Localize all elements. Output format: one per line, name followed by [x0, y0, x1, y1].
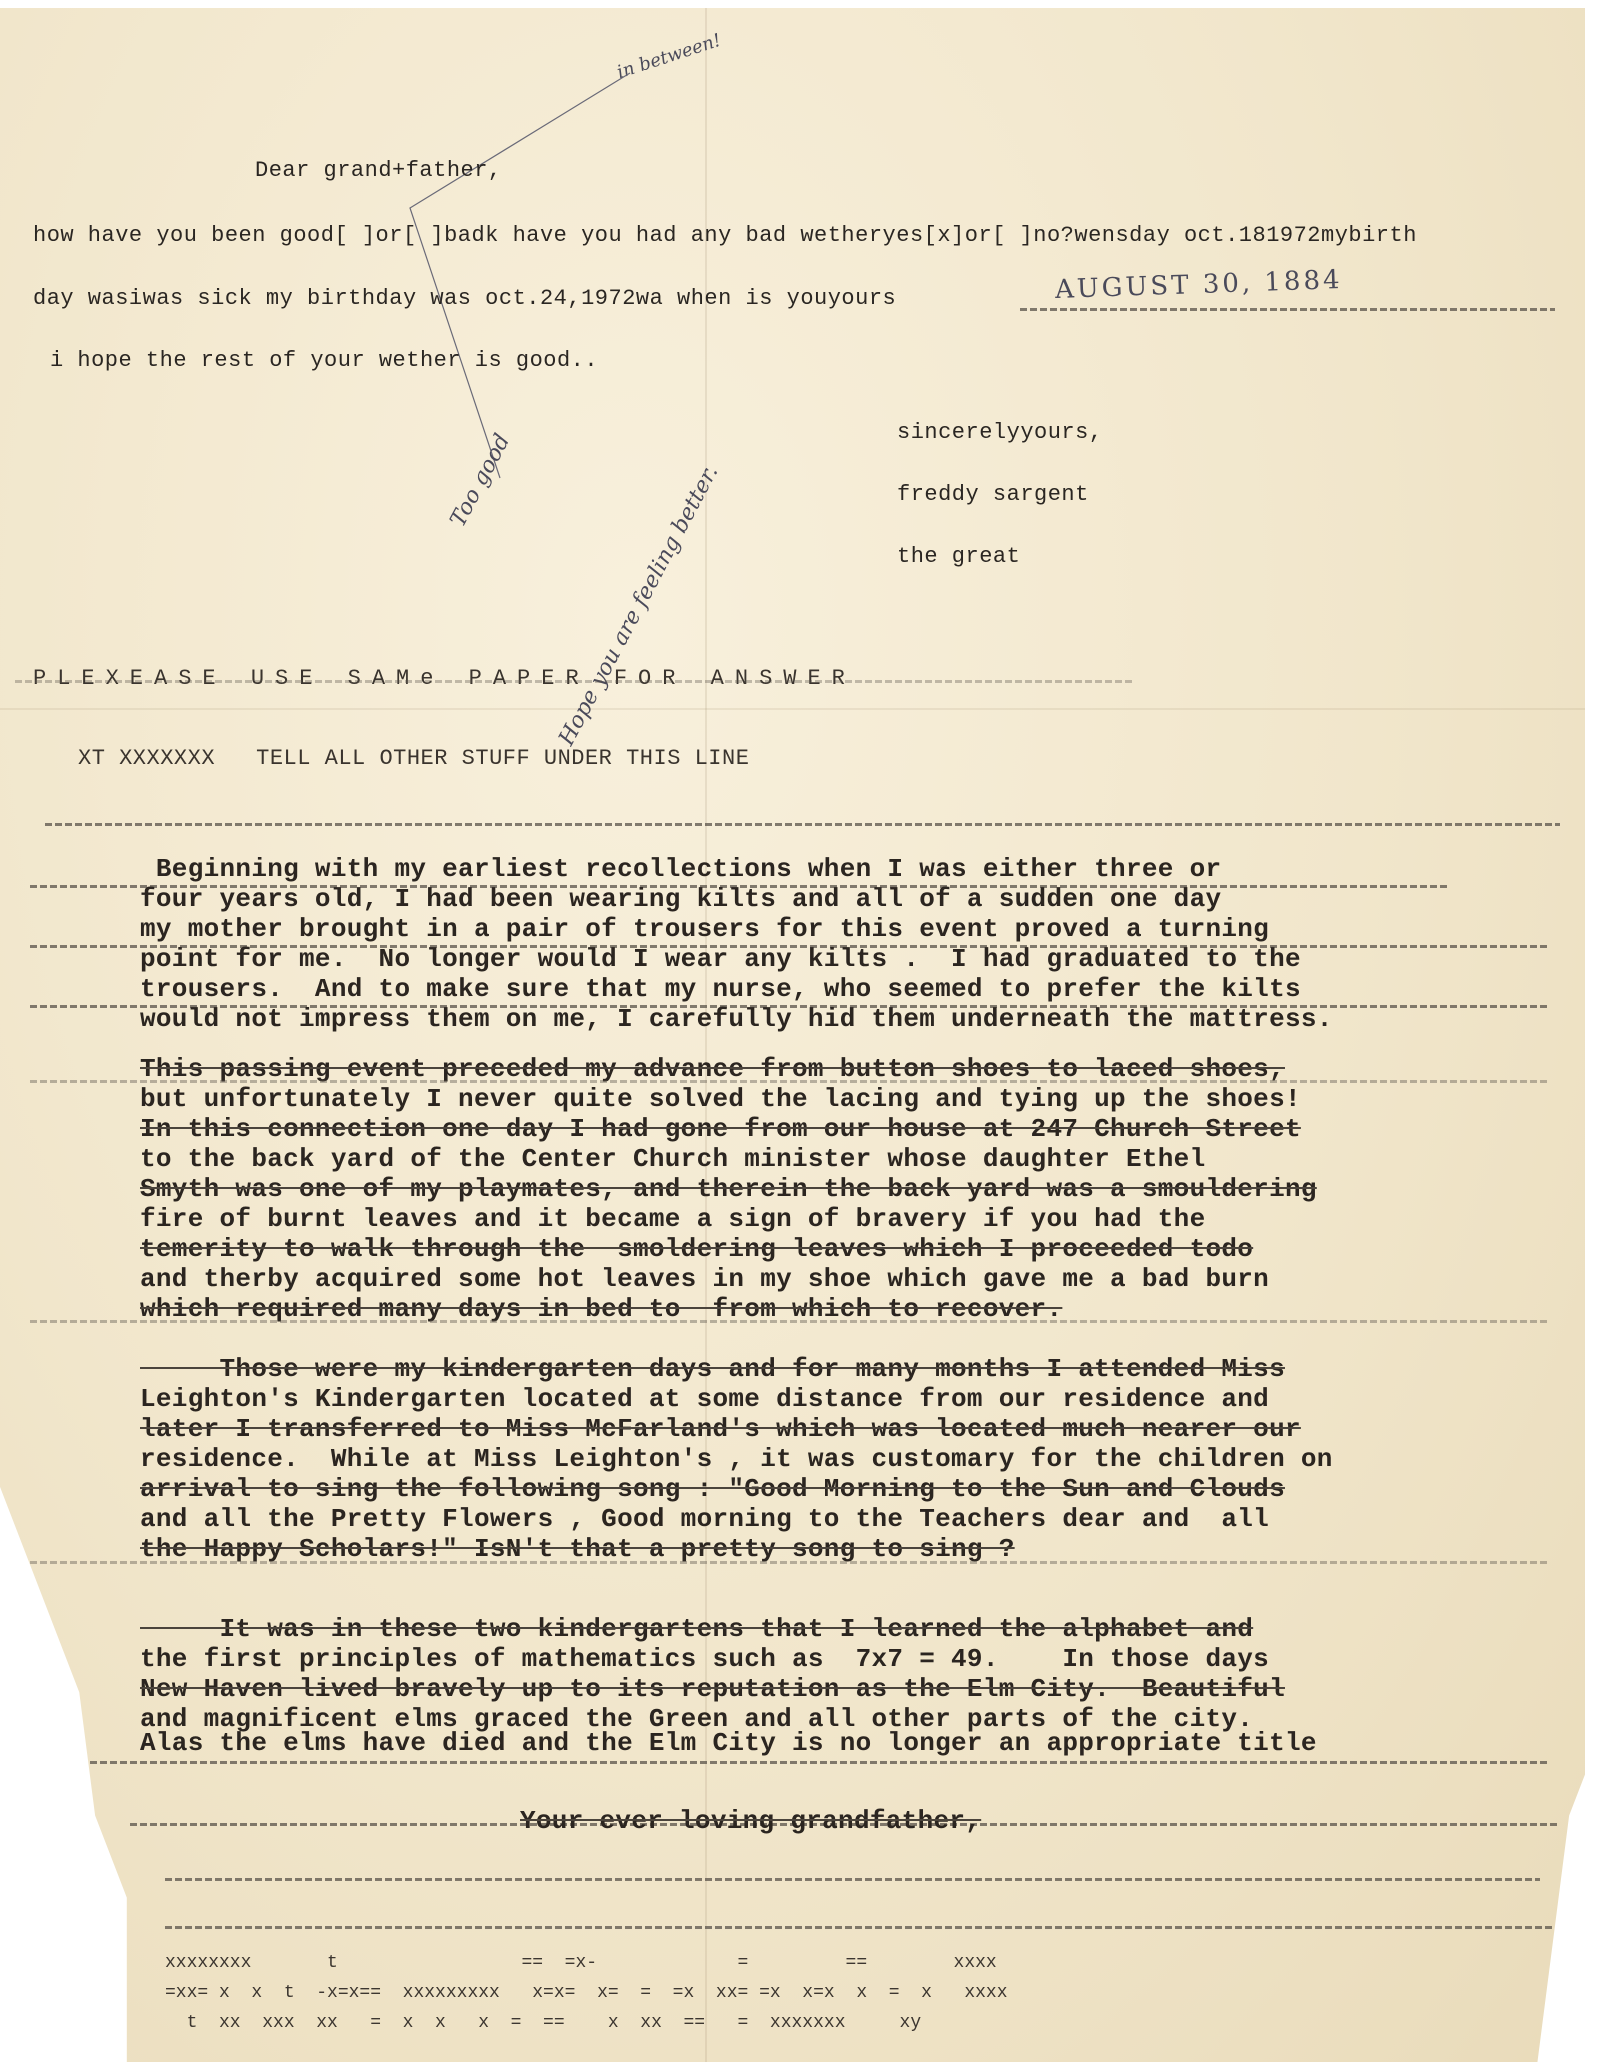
rule	[165, 1878, 1540, 1881]
answer-rule	[1020, 308, 1555, 311]
reply-line: the Happy Scholars!" IsN't that a pretty…	[140, 1534, 1015, 1564]
reply-line: point for me. No longer would I wear any…	[140, 944, 1301, 974]
instruction-tell-line: XT XXXXXXX TELL ALL OTHER STUFF UNDER TH…	[78, 746, 749, 771]
reply-line: Leighton's Kindergarten located at some …	[140, 1384, 1269, 1414]
reply-line: New Haven lived bravely up to its reputa…	[140, 1674, 1285, 1704]
instruction-please-use-same-paper: PLEXEASE USE SAMe PAPER FOR ANSWER	[33, 666, 856, 691]
reply-line: Alas the elms have died and the Elm City…	[140, 1728, 1317, 1758]
rule	[165, 1926, 1560, 1929]
handwritten-note-hope: Hope you are feeling better.	[554, 461, 723, 749]
handwritten-birthday-answer: AUGUST 30, 1884	[1055, 265, 1343, 305]
reply-line: four years old, I had been wearing kilts…	[140, 884, 1221, 914]
rule	[30, 1320, 1550, 1323]
reply-line: It was in these two kindergartens that I…	[140, 1614, 1253, 1644]
reply-line: arrival to sing the following song : "Go…	[140, 1474, 1285, 1504]
fold-crease-horizontal	[0, 708, 1585, 710]
reply-closing: Your ever loving grandfather,	[520, 1806, 981, 1836]
reply-line: Beginning with my earliest recollections…	[140, 854, 1221, 884]
reply-line: to the back yard of the Center Church mi…	[140, 1144, 1205, 1174]
letter-signature: freddy sargent	[897, 482, 1089, 507]
reply-line: and all the Pretty Flowers , Good mornin…	[140, 1504, 1269, 1534]
typed-doodle-row-3: t xx xxx xx = x x x = == x xx == = xxxxx…	[165, 2013, 921, 2033]
reply-line: Those were my kindergarten days and for …	[140, 1354, 1285, 1384]
letter-signature-title: the great	[897, 544, 1020, 569]
reply-line: temerity to walk through the smoldering …	[140, 1234, 1253, 1264]
reply-line: trousers. And to make sure that my nurse…	[140, 974, 1301, 1004]
reply-line: would not impress them on me, I carefull…	[140, 1004, 1333, 1034]
letter-line-3: i hope the rest of your wether is good..	[50, 348, 598, 373]
reply-line: my mother brought in a pair of trousers …	[140, 914, 1269, 944]
letter-line-2: day wasiwas sick my birthday was oct.24,…	[33, 286, 896, 311]
letter-closing: sincerelyyours,	[897, 420, 1103, 445]
instruction-strike-rule	[15, 680, 1135, 683]
reply-line: In this connection one day I had gone fr…	[140, 1114, 1301, 1144]
typed-doodle-row-1: xxxxxxxx t == =x- = == xxxx	[165, 1953, 997, 1973]
rule	[30, 1080, 1550, 1083]
reply-line: Smyth was one of my playmates, and there…	[140, 1174, 1317, 1204]
letter-line-1: how have you been good[ ]or[ ]badk have …	[33, 223, 1417, 248]
divider-rule	[45, 823, 1560, 826]
reply-line: fire of burnt leaves and it became a sig…	[140, 1204, 1205, 1234]
rule	[30, 1761, 1550, 1764]
reply-line: but unfortunately I never quite solved t…	[140, 1084, 1301, 1114]
rule	[30, 1561, 1550, 1564]
typed-doodle-row-2: =xx= x x t -x=x== xxxxxxxxx x=x= x= = =x…	[165, 1983, 1008, 2003]
reply-line: later I transferred to Miss McFarland's …	[140, 1414, 1301, 1444]
handwritten-arrow-line	[380, 68, 640, 488]
reply-line: the first principles of mathematics such…	[140, 1644, 1269, 1674]
reply-line: and therby acquired some hot leaves in m…	[140, 1264, 1269, 1294]
reply-line: residence. While at Miss Leighton's , it…	[140, 1444, 1333, 1474]
letter-paper: in between! Dear grand+father, how have …	[0, 8, 1585, 2062]
letter-salutation: Dear grand+father,	[255, 158, 502, 183]
